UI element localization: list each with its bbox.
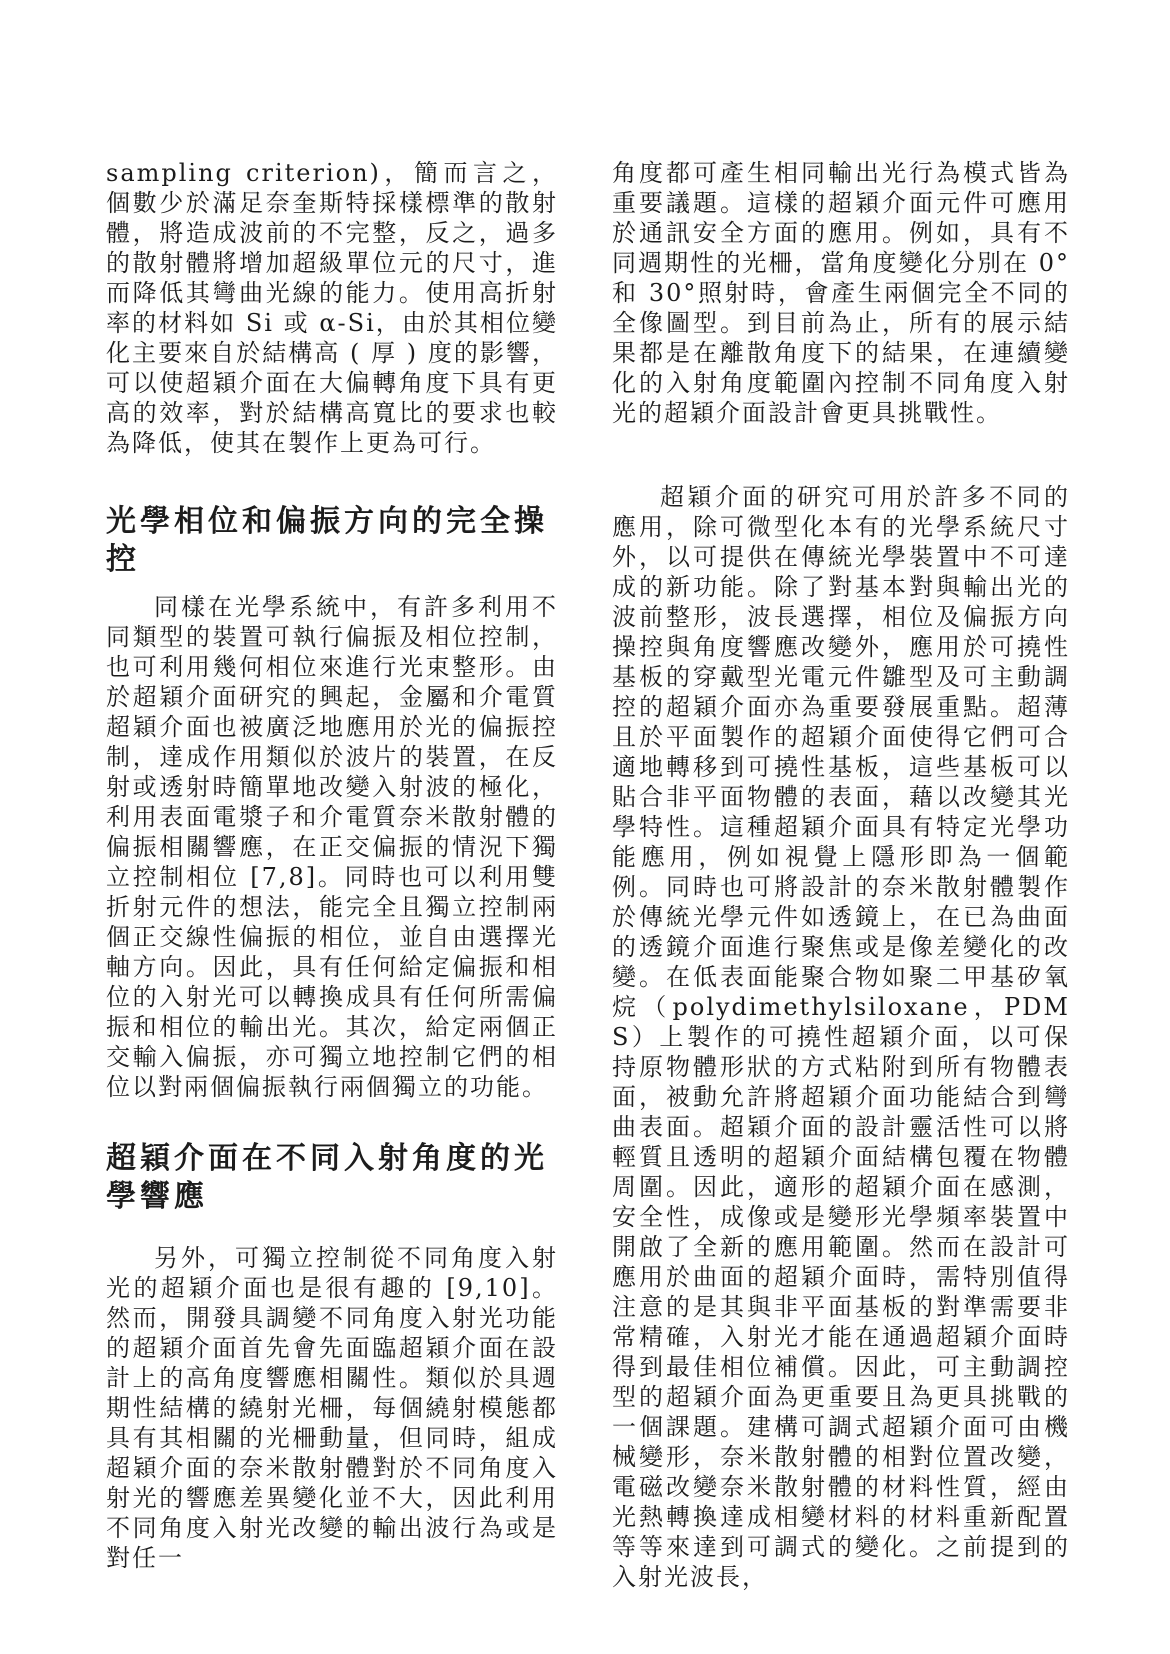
section-heading-phase-polarization-control: 光學相位和偏振方向的完全操控 bbox=[106, 503, 558, 579]
paragraph: 另外，可獨立控制從不同角度入射光的超穎介面也是很有趣的 [9,10]。然而，開發… bbox=[106, 1243, 558, 1573]
paragraph: 同樣在光學系統中，有許多利用不同類型的裝置可執行偏振及相位控制，也可利用幾何相位… bbox=[106, 592, 558, 1102]
left-column: sampling criterion)，簡而言之，個數少於滿足奈奎斯特採樣標準的… bbox=[106, 158, 558, 1573]
paragraph-continuation: 角度都可產生相同輸出光行為模式皆為重要議題。這樣的超穎介面元件可應用於通訊安全方… bbox=[612, 158, 1070, 428]
document-page: sampling criterion)，簡而言之，個數少於滿足奈奎斯特採樣標準的… bbox=[0, 0, 1170, 1654]
paragraph-continuation: sampling criterion)，簡而言之，個數少於滿足奈奎斯特採樣標準的… bbox=[106, 158, 558, 458]
paragraph: 超穎介面的研究可用於許多不同的應用，除可微型化本有的光學系統尺寸外，以可提供在傳… bbox=[612, 482, 1070, 1592]
section-heading-incident-angle-response: 超穎介面在不同入射角度的光學響應 bbox=[106, 1140, 558, 1216]
right-column: 角度都可產生相同輸出光行為模式皆為重要議題。這樣的超穎介面元件可應用於通訊安全方… bbox=[612, 158, 1070, 1592]
